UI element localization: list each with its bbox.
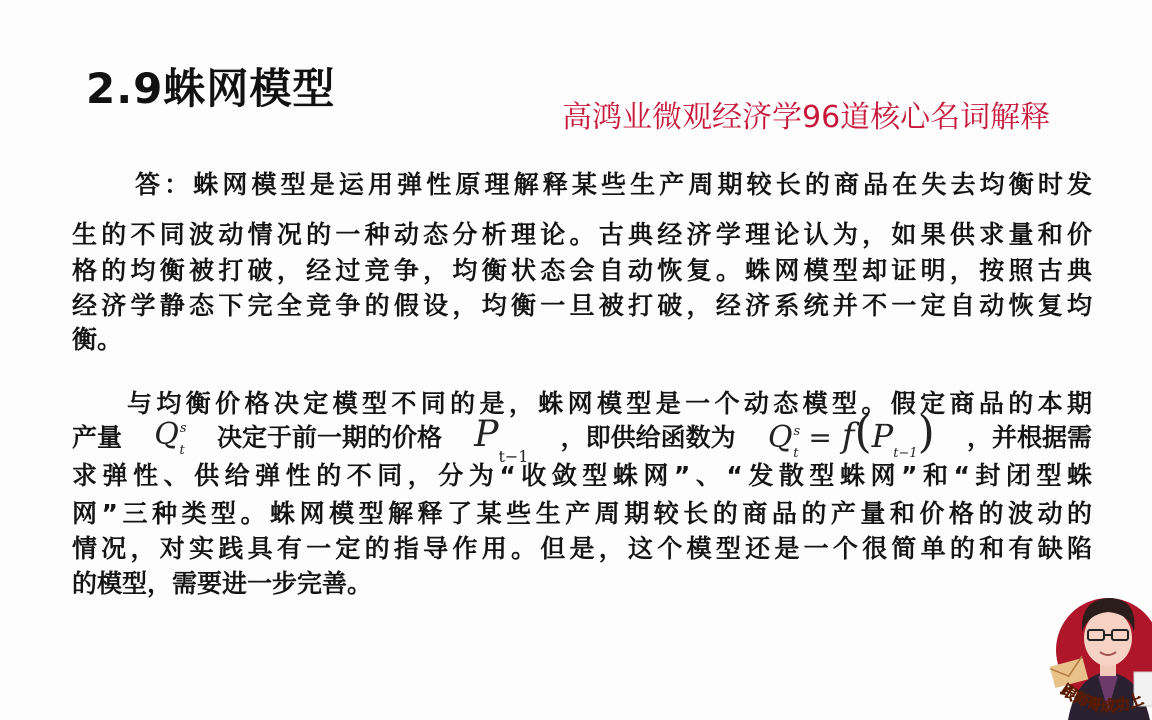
paragraph1-line-5: 衡。 xyxy=(72,325,122,355)
formula-pt-1: Pt−1 xyxy=(474,420,528,456)
slide-subtitle: 高鸿业微观经济学96道核心名词解释 xyxy=(562,92,1050,136)
paragraph2-line-6: 的模型，需要进一步完善。 xyxy=(72,569,372,599)
paragraph2-line-5: 情况，对实践具有一定的指导作用。但是，这个模型还是一个很简单的和有缺陷 xyxy=(72,534,1092,564)
text-segment: ，即供给函数为 xyxy=(561,423,736,453)
paragraph1-line-2: 生的不同波动情况的一种动态分析理论。古典经济学理论认为，如果供求量和价 xyxy=(72,220,1092,250)
formula-qts: Qst xyxy=(154,420,185,456)
slide: 2.9蛛网模型 高鸿业微观经济学96道核心名词解释 答：蛛网模型是运用弹性原理解… xyxy=(0,0,1152,720)
mascot-avatar-icon: 跟师哥成功上 xyxy=(1046,580,1152,720)
paragraph1-line-3: 格的均衡被打破，经过竞争，均衡状态会自动恢复。蛛网模型却证明，按照古典 xyxy=(72,256,1092,286)
paragraph2-line-3: 求弹性、供给弹性的不同，分为“收敛型蛛网”、“发散型蛛网”和“封闭型蛛 xyxy=(72,461,1092,491)
text-segment: 决定于前一期的价格 xyxy=(217,423,442,453)
formula-supply-function: Qst=f(Pt−1) xyxy=(768,418,935,459)
paragraph2-line-1: 与均衡价格决定模型不同的是，蛛网模型是一个动态模型。假定商品的本期 xyxy=(127,389,1092,419)
text-segment: 产量 xyxy=(72,423,122,453)
text-segment: ，并根据需 xyxy=(967,423,1092,453)
slide-title: 2.9蛛网模型 xyxy=(86,56,335,116)
paragraph2-line-2: 产量 Qst 决定于前一期的价格 Pt−1 ，即供给函数为 Qst=f(Pt−1… xyxy=(72,418,1092,458)
paragraph2-line-4: 网”三种类型。蛛网模型解释了某些生产周期较长的商品的产量和价格的波动的 xyxy=(72,499,1092,529)
paragraph1-line-4: 经济学静态下完全竞争的假设，均衡一旦被打破，经济系统并不一定自动恢复均 xyxy=(72,291,1092,321)
paragraph1-line-1: 答：蛛网模型是运用弹性原理解释某些生产周期较长的商品在失去均衡时发 xyxy=(135,170,1092,200)
